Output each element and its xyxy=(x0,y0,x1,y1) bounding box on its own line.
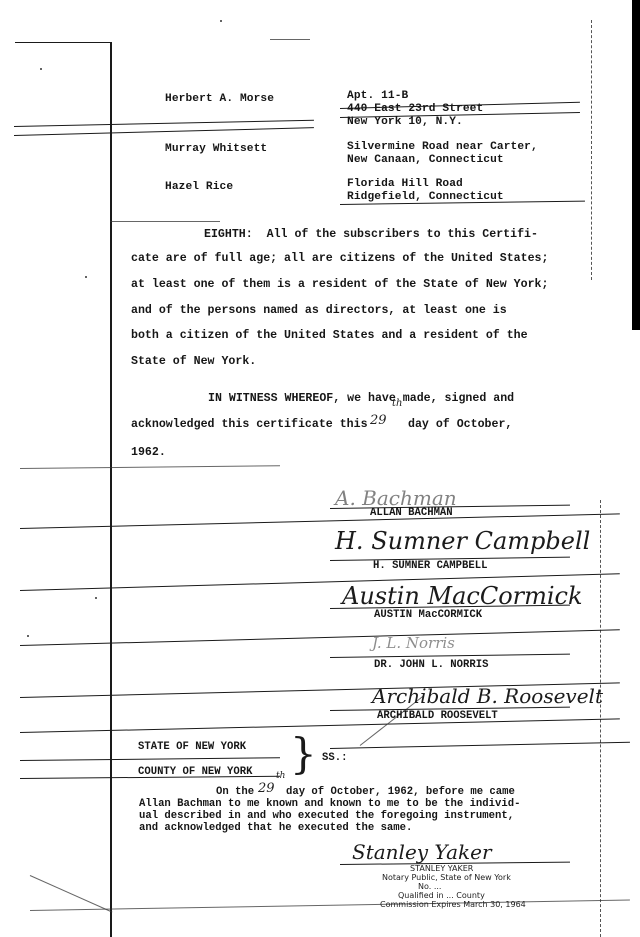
witness-line-prefix: acknowledged this certificate this xyxy=(131,418,368,431)
top-rule-right xyxy=(270,39,310,40)
scan-line xyxy=(20,757,280,761)
signatory-name: ALLAN BACHMAN xyxy=(370,507,453,519)
witness-year: 1962. xyxy=(131,446,166,459)
certificate-page: Herbert A. Morse Apt. 11-B 440 East 23rd… xyxy=(0,0,640,937)
notary-stamp-line: No. ... xyxy=(418,882,441,891)
signatory-name: AUSTIN MacCORMICK xyxy=(374,609,482,621)
scan-speck xyxy=(220,20,222,22)
scan-line xyxy=(14,127,314,136)
scan-speck xyxy=(27,635,29,637)
margin-dash-line xyxy=(591,20,592,280)
scan-speck xyxy=(85,276,87,278)
subscriber-address-line: Apt. 11-B xyxy=(347,90,408,102)
subscriber-name: Hazel Rice xyxy=(165,181,233,193)
eighth-paragraph-line: State of New York. xyxy=(131,355,256,368)
top-rule-left xyxy=(15,42,110,43)
signatory-name: H. SUMNER CAMPBELL xyxy=(373,560,487,572)
left-margin-rule xyxy=(110,42,112,937)
scan-edge-shadow xyxy=(632,0,640,330)
scan-line xyxy=(20,465,280,469)
subscriber-address-line: New York 10, N.Y. xyxy=(347,116,463,128)
notary-stamp-line: Qualified in ... County xyxy=(398,891,485,900)
eighth-paragraph-line: cate are of full age; all are citizens o… xyxy=(131,252,548,265)
ack-line: Allan Bachman to me known and known to m… xyxy=(139,798,520,810)
signature-line xyxy=(330,654,570,658)
signature-sumner-campbell: H. Sumner Campbell xyxy=(335,527,590,555)
signatory-name: ARCHIBALD ROOSEVELT xyxy=(377,710,498,722)
witness-line-suffix: day of October, xyxy=(408,418,512,431)
ack-line: ual described in and who executed the fo… xyxy=(139,810,514,822)
venue-brace: } xyxy=(290,733,317,775)
notary-stamp-line: STANLEY YAKER xyxy=(410,864,473,873)
scan-line xyxy=(14,120,314,127)
handwritten-day-suffix: th xyxy=(276,771,285,781)
subscriber-name: Murray Whitsett xyxy=(165,143,267,155)
subscriber-name: Herbert A. Morse xyxy=(165,93,274,105)
subscriber-address-line: 440 East 23rd Street xyxy=(347,103,483,115)
subscriber-address-line: New Canaan, Connecticut xyxy=(347,154,504,166)
handwritten-day: 29 xyxy=(370,413,387,428)
signatory-name: DR. JOHN L. NORRIS xyxy=(374,659,488,671)
handwritten-day: 29 xyxy=(258,781,275,796)
signature-archibald-roosevelt: Archibald B. Roosevelt xyxy=(372,684,603,708)
venue-ss: SS.: xyxy=(322,752,347,764)
subscriber-address-line: Florida Hill Road xyxy=(347,178,463,190)
scan-speck xyxy=(40,68,42,70)
witness-line: IN WITNESS WHEREOF, we have made, signed… xyxy=(208,392,514,405)
venue-state: STATE OF NEW YORK xyxy=(138,741,246,753)
notary-signature: Stanley Yaker xyxy=(352,840,492,864)
subscriber-address-line: Silvermine Road near Carter, xyxy=(347,141,538,153)
subscriber-address-line: Ridgefield, Connecticut xyxy=(347,191,504,203)
venue-county: COUNTY OF NEW YORK xyxy=(138,766,252,778)
signature-john-norris: J. L. Norris xyxy=(372,634,455,652)
eighth-paragraph-line: EIGHTH: All of the subscribers to this C… xyxy=(204,228,538,241)
notary-stamp-line: Commission Expires March 30, 1964 xyxy=(380,900,526,909)
eighth-paragraph-line: at least one of them is a resident of th… xyxy=(131,278,548,291)
scan-line xyxy=(330,742,630,749)
eighth-paragraph-line: and of the persons named as directors, a… xyxy=(131,304,507,317)
scan-line xyxy=(110,221,220,222)
ack-line: day of October, 1962, before me came xyxy=(286,786,515,798)
notary-stamp-line: Notary Public, State of New York xyxy=(382,873,511,882)
eighth-paragraph-line: both a citizen of the United States and … xyxy=(131,329,528,342)
scan-speck xyxy=(95,597,97,599)
ack-line: and acknowledged that he executed the sa… xyxy=(139,822,412,834)
ack-line-prefix: On the xyxy=(216,786,254,798)
scan-line xyxy=(30,900,630,911)
scan-line-diagonal xyxy=(30,875,113,913)
handwritten-day-suffix: th xyxy=(392,398,402,409)
